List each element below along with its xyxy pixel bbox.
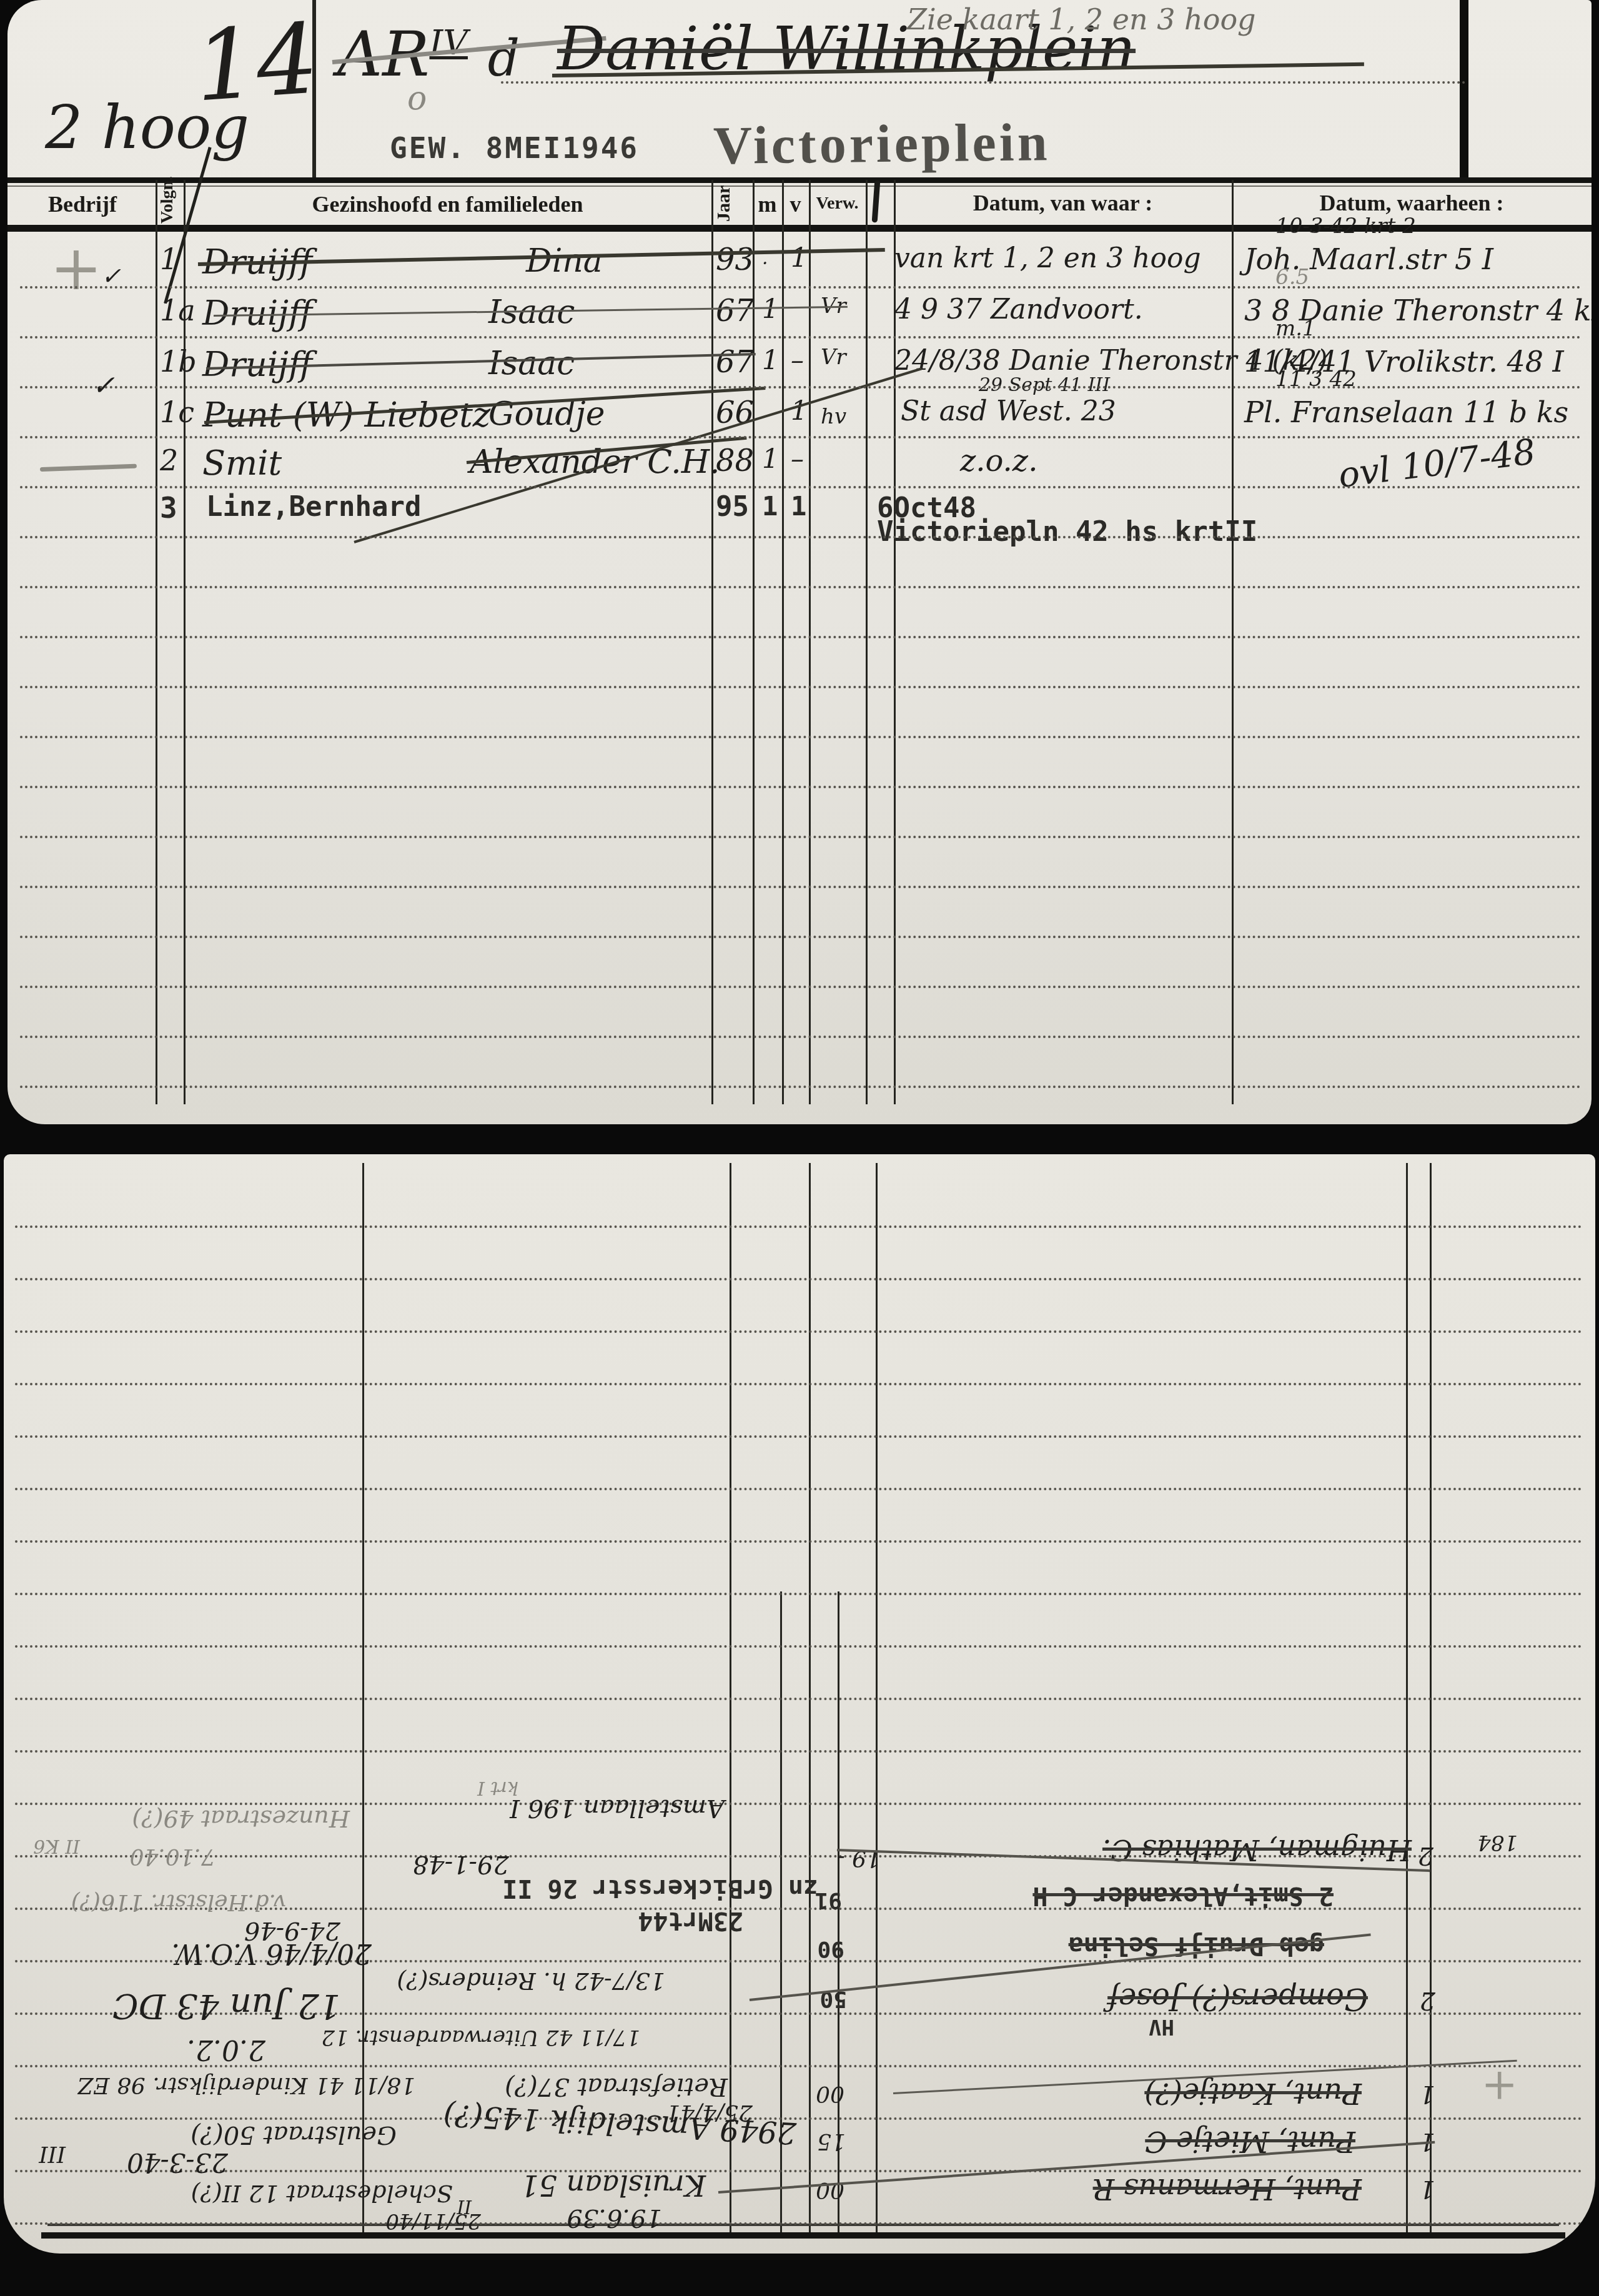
street-stamp: Victorieplein xyxy=(713,111,1051,177)
back-entry-date: 20/4/46 V.O.W. xyxy=(103,1937,372,1969)
district-suffix: d xyxy=(488,29,520,87)
back-row-volgn: 2 xyxy=(1404,1986,1435,2015)
row-volgn: 1 xyxy=(160,242,178,276)
row-givenname: Isaac xyxy=(488,345,575,382)
row-waarheen: Pl. Franselaan 11 b ks xyxy=(1244,395,1568,429)
col-volgn: Volgn. xyxy=(157,184,185,224)
row-v: – xyxy=(791,345,804,375)
back-entry-address: Kruislaan 51 xyxy=(437,2169,706,2202)
ruled-line xyxy=(20,886,1582,888)
row-waarheen-note: 10-3-42 krt 2 xyxy=(1275,214,1416,239)
back-entry-typed-address: zn GrBickersstr 26 II xyxy=(481,1874,818,1903)
back-entry-address: Geulstraat 50(?) xyxy=(153,2120,397,2149)
back-entry-date: 13/7-42 h. Reinders(?) xyxy=(353,1967,665,1995)
col-van-waar: Datum, van waar : xyxy=(894,190,1232,216)
back-row-volgn: 1 xyxy=(1404,2080,1435,2109)
back-row-name: Punt, Hermanus R xyxy=(924,2172,1362,2206)
header-dotted-leader xyxy=(501,81,1466,84)
col-waarheen: Datum, waarheen : xyxy=(1232,190,1592,216)
col-verw: Verw. xyxy=(809,194,866,214)
row-jaar: 67 xyxy=(716,294,754,329)
back-entry-address: Hunzestraat 49(?) xyxy=(37,1805,350,1833)
ruled-line xyxy=(20,536,1582,538)
back-row-name-typed: 2 Smit,Alexander C H xyxy=(903,1881,1334,1910)
row-surname: Smit xyxy=(202,443,282,483)
col-jaar: Jaar xyxy=(713,184,746,224)
row-v: 1 xyxy=(791,242,808,273)
back-entry-note: 2.0.2. xyxy=(153,2034,265,2066)
scan-gap xyxy=(0,1124,1599,1154)
row-jaar: 67 xyxy=(716,345,754,380)
row-jaar: 93 xyxy=(716,242,754,277)
row-givenname: Dina xyxy=(526,242,603,280)
back-row-jaar: 91 xyxy=(798,1888,842,1913)
ruled-line xyxy=(20,836,1582,838)
row-volgn: 1a xyxy=(160,294,196,327)
row-volgn: 1b xyxy=(160,345,197,379)
back-entry-address: 17/11 42 Uiterwaardenstr. 12 xyxy=(347,2025,640,2050)
floor-note: 2 hoog xyxy=(45,94,249,162)
row-van-waar-note: 29 Sept 41 III xyxy=(979,374,1110,396)
ruled-line xyxy=(20,636,1582,638)
back-entries-layer: Amstellaan 196 I krt I Hunzestraat 49(?)… xyxy=(0,1154,1599,2254)
table-row: 1a Druijff Isaac 67 1 Vr 4 9 37 Zandvoor… xyxy=(7,294,1592,342)
row-surname: Linz,Bernhard xyxy=(206,491,421,523)
row-v: 1 xyxy=(791,491,806,522)
ruled-line xyxy=(20,736,1582,738)
back-entry-note: krt I xyxy=(443,1777,518,1799)
ruled-line xyxy=(20,286,1582,289)
back-entry-date: 7.10.40 xyxy=(84,1844,215,1869)
back-entry-date: 19.6.39 xyxy=(525,2204,662,2232)
ruled-line xyxy=(20,1036,1582,1038)
archival-scan: 14 2 hoog ARIV d o Daniël Willinkplein Z… xyxy=(0,0,1599,2296)
back-row-jaar: 00 xyxy=(801,2177,844,2203)
rule-header-top xyxy=(7,177,1592,183)
ruled-line xyxy=(20,786,1582,788)
back-entry-note: III xyxy=(16,2141,66,2167)
ruled-line xyxy=(20,386,1582,388)
col-v: v xyxy=(782,191,809,217)
row-jaar: 88 xyxy=(716,443,754,478)
row-volgn: 2 xyxy=(160,443,178,477)
row-volgn: 3 xyxy=(160,491,177,525)
back-row-jaar: 00 xyxy=(801,2081,844,2107)
row-van-waar: z.o.z. xyxy=(960,443,1037,478)
ruled-line xyxy=(20,586,1582,588)
back-row-volgn: 1 xyxy=(1404,2175,1435,2204)
ruled-line xyxy=(20,986,1582,988)
back-entry-date: 25/11/40 xyxy=(344,2209,481,2234)
rule-header-top2 xyxy=(7,186,1592,187)
back-entry-note: II K6 xyxy=(11,1835,80,1857)
district-sub: o xyxy=(407,80,427,117)
back-row-name: Gompers(?) Josef xyxy=(918,1981,1368,2016)
col-gezinshoofd: Gezinshoofd en familieleden xyxy=(184,191,711,217)
back-row-jaar: 15 xyxy=(802,2129,846,2154)
back-entry-date: 12 Jun 43 DC xyxy=(66,1986,340,2026)
row-address: Victoriepln 42 hs krtII xyxy=(877,516,1257,548)
back-entry-note: HV xyxy=(1118,2014,1174,2039)
ruled-line xyxy=(20,936,1582,938)
back-row-name: Punt, Kaatje(?) xyxy=(962,2077,1362,2110)
ruled-line xyxy=(20,486,1582,488)
row-m: 1 xyxy=(762,491,778,522)
row-volgn: 1c xyxy=(160,395,194,429)
back-row-name: Punt, Mietje C xyxy=(943,2125,1355,2159)
back-margin-plus-mark: + xyxy=(1462,2061,1518,2112)
row-m: · xyxy=(762,252,768,274)
back-entry-address: Amstellaan 196 I xyxy=(375,1794,725,1823)
back-entry-address: 18/11 41 Kinderdijkstr. 98 EZ xyxy=(16,2072,415,2098)
district-roman: IV xyxy=(430,22,468,62)
back-entry-date: 23-3-40 xyxy=(84,2147,228,2178)
front-card: 14 2 hoog ARIV d o Daniël Willinkplein Z… xyxy=(7,0,1592,1124)
col-m: m xyxy=(753,191,782,217)
row-van-waar: 4 9 37 Zandvoort. xyxy=(894,294,1143,325)
back-entry-address: v.d.Helststr. 116(?) xyxy=(17,1889,286,1915)
row-m: 1 xyxy=(762,345,779,375)
col-bedrijf: Bedrijf xyxy=(9,191,156,217)
table-row-typed: 3 Linz,Bernhard 95 1 1 6Oct48 Victoriepl… xyxy=(7,491,1592,540)
row-m: 1 xyxy=(762,443,779,474)
card-edge-line xyxy=(1460,0,1468,179)
ruled-line xyxy=(20,686,1582,688)
row-verw: hv xyxy=(821,404,846,429)
table-row: 2 Smit Alexander C.H. 88 1 – z.o.z. ovl … xyxy=(7,443,1592,492)
back-entry-typed-date: 23Mrt44 xyxy=(593,1906,743,1935)
row-van-waar: St asd West. 23 xyxy=(901,395,1116,427)
row-v: 1 xyxy=(791,395,808,426)
row-verw: Vr xyxy=(821,345,846,370)
back-entry-number: 184 xyxy=(1443,1830,1518,1855)
ruled-line xyxy=(20,1086,1582,1088)
back-entry-address: Retiefstraat 37(?) xyxy=(453,2072,728,2101)
back-entry-address: Scheldestraat 12 II(?) xyxy=(122,2180,453,2207)
ruled-line xyxy=(20,436,1582,438)
row-v: – xyxy=(791,443,804,474)
row-van-waar: van krt 1, 2 en 3 hoog xyxy=(894,242,1201,274)
see-card-note: Zie kaart 1, 2 en 3 hoog xyxy=(907,2,1256,36)
ruled-line xyxy=(20,336,1582,339)
date-stamp: GEW. 8MEI1946 xyxy=(390,131,639,165)
back-row-jaar: 90 xyxy=(801,1936,844,1962)
row-jaar: 95 xyxy=(716,491,749,523)
